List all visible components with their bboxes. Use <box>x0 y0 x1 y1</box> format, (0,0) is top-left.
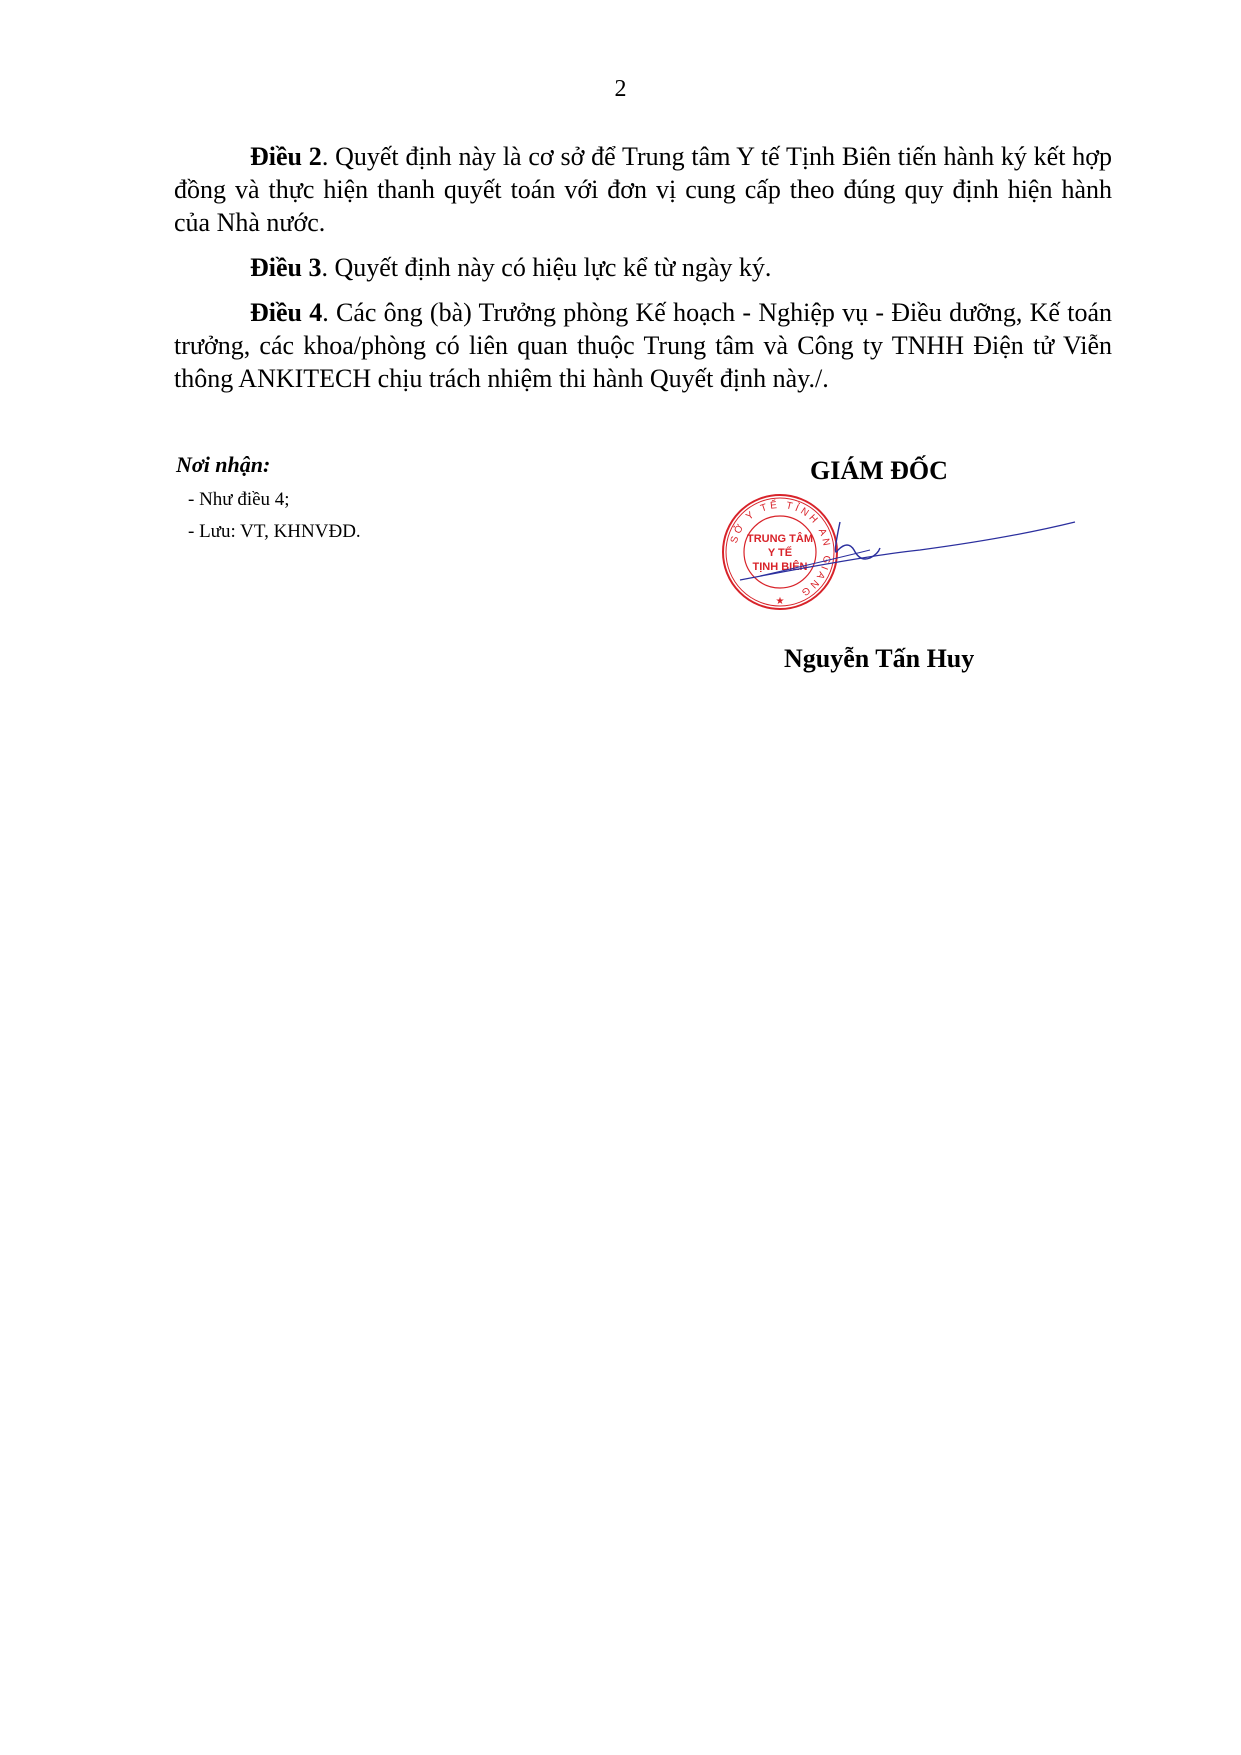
recipients-block: Nơi nhận: - Như điều 4; - Lưu: VT, KHNVĐ… <box>176 452 361 548</box>
signer-name: Nguyễn Tấn Huy <box>784 644 974 674</box>
recipient-item: - Như điều 4; <box>188 484 361 516</box>
article-label: Điều 4 <box>250 298 322 327</box>
recipient-item: - Lưu: VT, KHNVĐD. <box>188 516 361 548</box>
article-label: Điều 3 <box>250 253 322 282</box>
decision-body: Điều 2. Quyết định này là cơ sở để Trung… <box>174 140 1112 407</box>
page-number: 2 <box>0 76 1241 103</box>
article-4: Điều 4. Các ông (bà) Trưởng phòng Kế hoạ… <box>174 296 1112 395</box>
article-label: Điều 2 <box>250 142 322 171</box>
article-2: Điều 2. Quyết định này là cơ sở để Trung… <box>174 140 1112 239</box>
signature-scribble-icon <box>720 520 1080 600</box>
article-3: Điều 3. Quyết định này có hiệu lực kể từ… <box>174 251 1112 284</box>
article-text: . Quyết định này có hiệu lực kể từ ngày … <box>322 253 772 282</box>
recipients-title: Nơi nhận: <box>176 452 361 478</box>
signer-position: GIÁM ĐỐC <box>810 456 948 486</box>
